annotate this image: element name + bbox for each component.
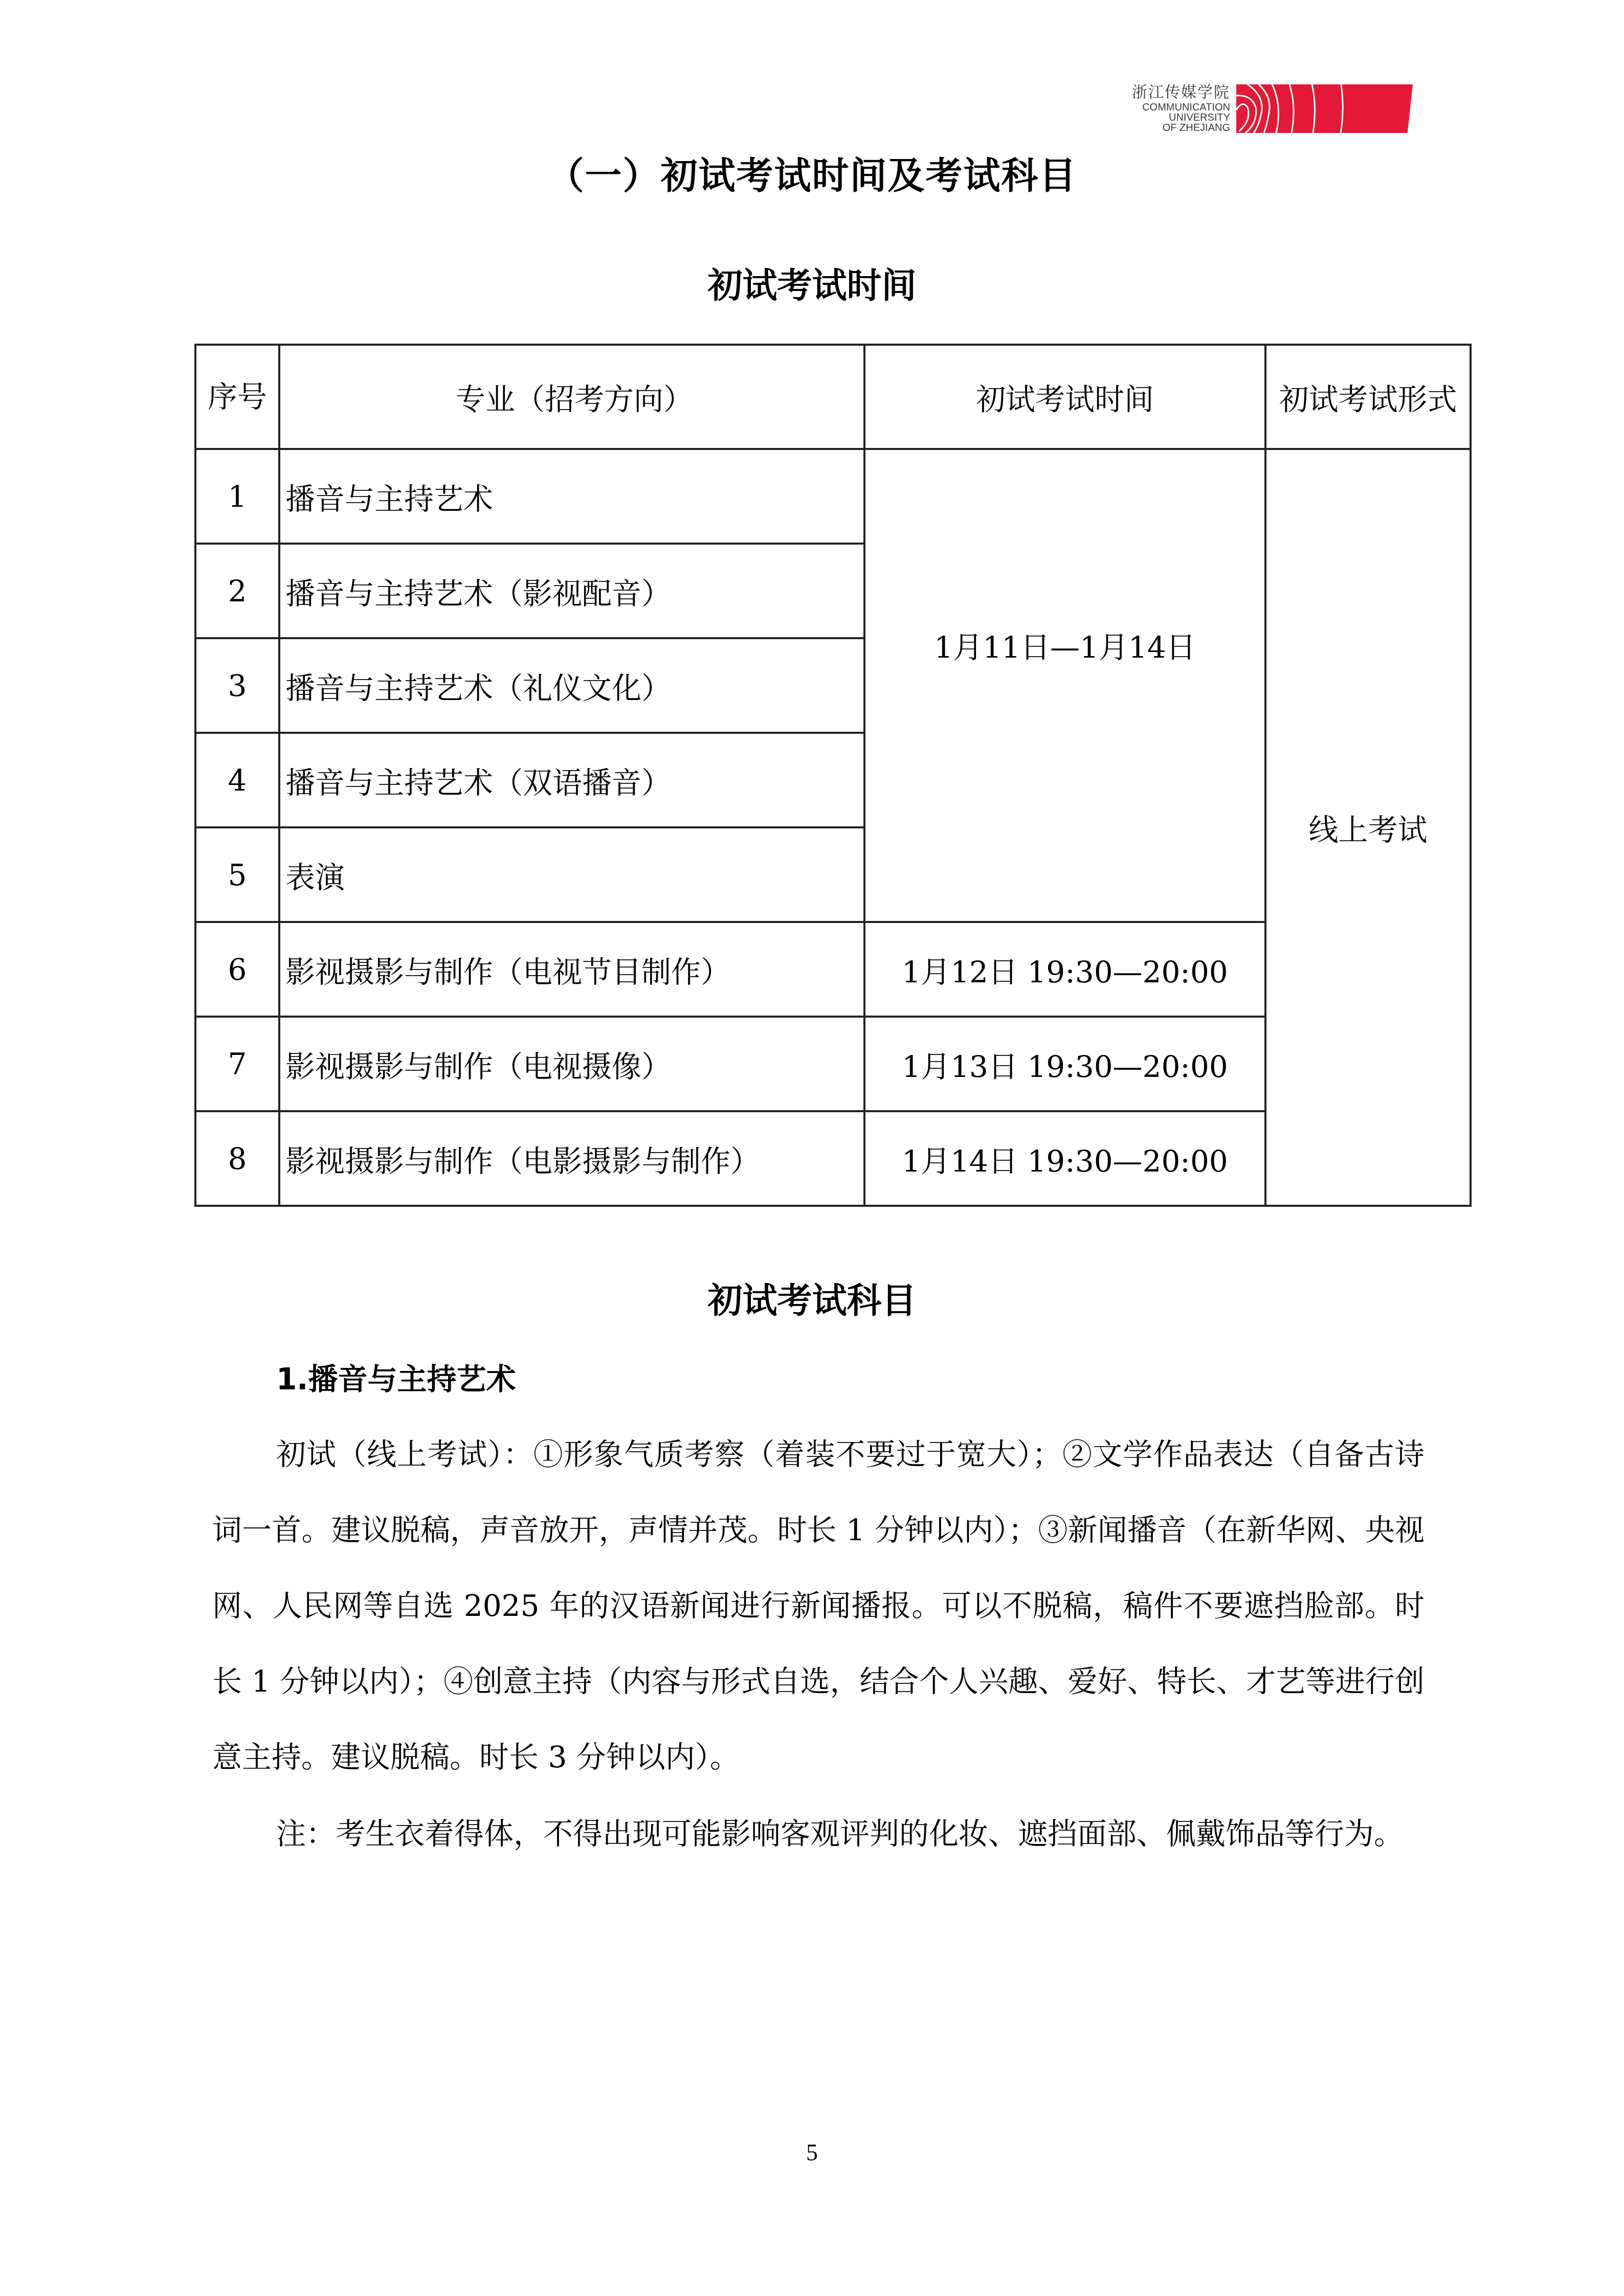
row-num: 5 <box>195 827 279 922</box>
subjects-title: 初试考试科目 <box>0 1273 1624 1323</box>
row-form: 线上考试 <box>1265 449 1471 1206</box>
logo-text: 浙江传媒学院 COMMUNICATION UNIVERSITY OF ZHEJI… <box>1120 85 1230 133</box>
row-time: 1月12日 19:30—20:00 <box>864 922 1265 1017</box>
row-major: 播音与主持艺术 <box>279 449 864 544</box>
logo-name-en-2: UNIVERSITY <box>1120 112 1230 123</box>
row-num: 8 <box>195 1111 279 1206</box>
university-logo: 浙江传媒学院 COMMUNICATION UNIVERSITY OF ZHEJI… <box>1120 82 1417 136</box>
header-num: 序号 <box>195 345 279 449</box>
schedule-title: 初试考试时间 <box>0 258 1624 308</box>
page-number: 5 <box>0 2139 1624 2166</box>
row-major: 表演 <box>279 827 864 922</box>
logo-name-cn: 浙江传媒学院 <box>1120 85 1230 100</box>
row-num: 6 <box>195 922 279 1017</box>
row-num: 2 <box>195 544 279 638</box>
logo-name-en-1: COMMUNICATION <box>1120 102 1230 112</box>
table-row: 1 播音与主持艺术 1月11日—1月14日 线上考试 <box>195 449 1471 544</box>
header-major: 专业（招考方向） <box>279 345 864 449</box>
table-header-row: 序号 专业（招考方向） 初试考试时间 初试考试形式 <box>195 345 1471 449</box>
row-num: 4 <box>195 733 279 827</box>
row-major: 影视摄影与制作（电视摄像） <box>279 1017 864 1111</box>
subject-description: 初试（线上考试）：①形象气质考察（着装不要过于宽大）；②文学作品表达（自备古诗词… <box>212 1416 1425 1795</box>
header-time: 初试考试时间 <box>864 345 1265 449</box>
row-major: 播音与主持艺术（双语播音） <box>279 733 864 827</box>
subject-heading: 1.播音与主持艺术 <box>276 1355 516 1398</box>
row-major: 播音与主持艺术（礼仪文化） <box>279 638 864 733</box>
row-num: 7 <box>195 1017 279 1111</box>
note-paragraph: 注：考生衣着得体，不得出现可能影响客观评判的化妆、遮挡面部、佩戴饰品等行为。 <box>212 1796 1425 1872</box>
row-num: 3 <box>195 638 279 733</box>
logo-emblem-icon <box>1236 84 1413 133</box>
row-time: 1月13日 19:30—20:00 <box>864 1017 1265 1111</box>
logo-name-en-3: OF ZHEJIANG <box>1120 123 1230 133</box>
row-major: 播音与主持艺术（影视配音） <box>279 544 864 638</box>
row-major: 影视摄影与制作（电影摄影与制作） <box>279 1111 864 1206</box>
section-title: （一）初试考试时间及考试科目 <box>0 146 1624 199</box>
header-form: 初试考试形式 <box>1265 345 1471 449</box>
schedule-table: 序号 专业（招考方向） 初试考试时间 初试考试形式 1 播音与主持艺术 1月11… <box>194 344 1472 1207</box>
row-time: 1月14日 19:30—20:00 <box>864 1111 1265 1206</box>
row-num: 1 <box>195 449 279 544</box>
row-major: 影视摄影与制作（电视节目制作） <box>279 922 864 1017</box>
row-time: 1月11日—1月14日 <box>864 449 1265 922</box>
